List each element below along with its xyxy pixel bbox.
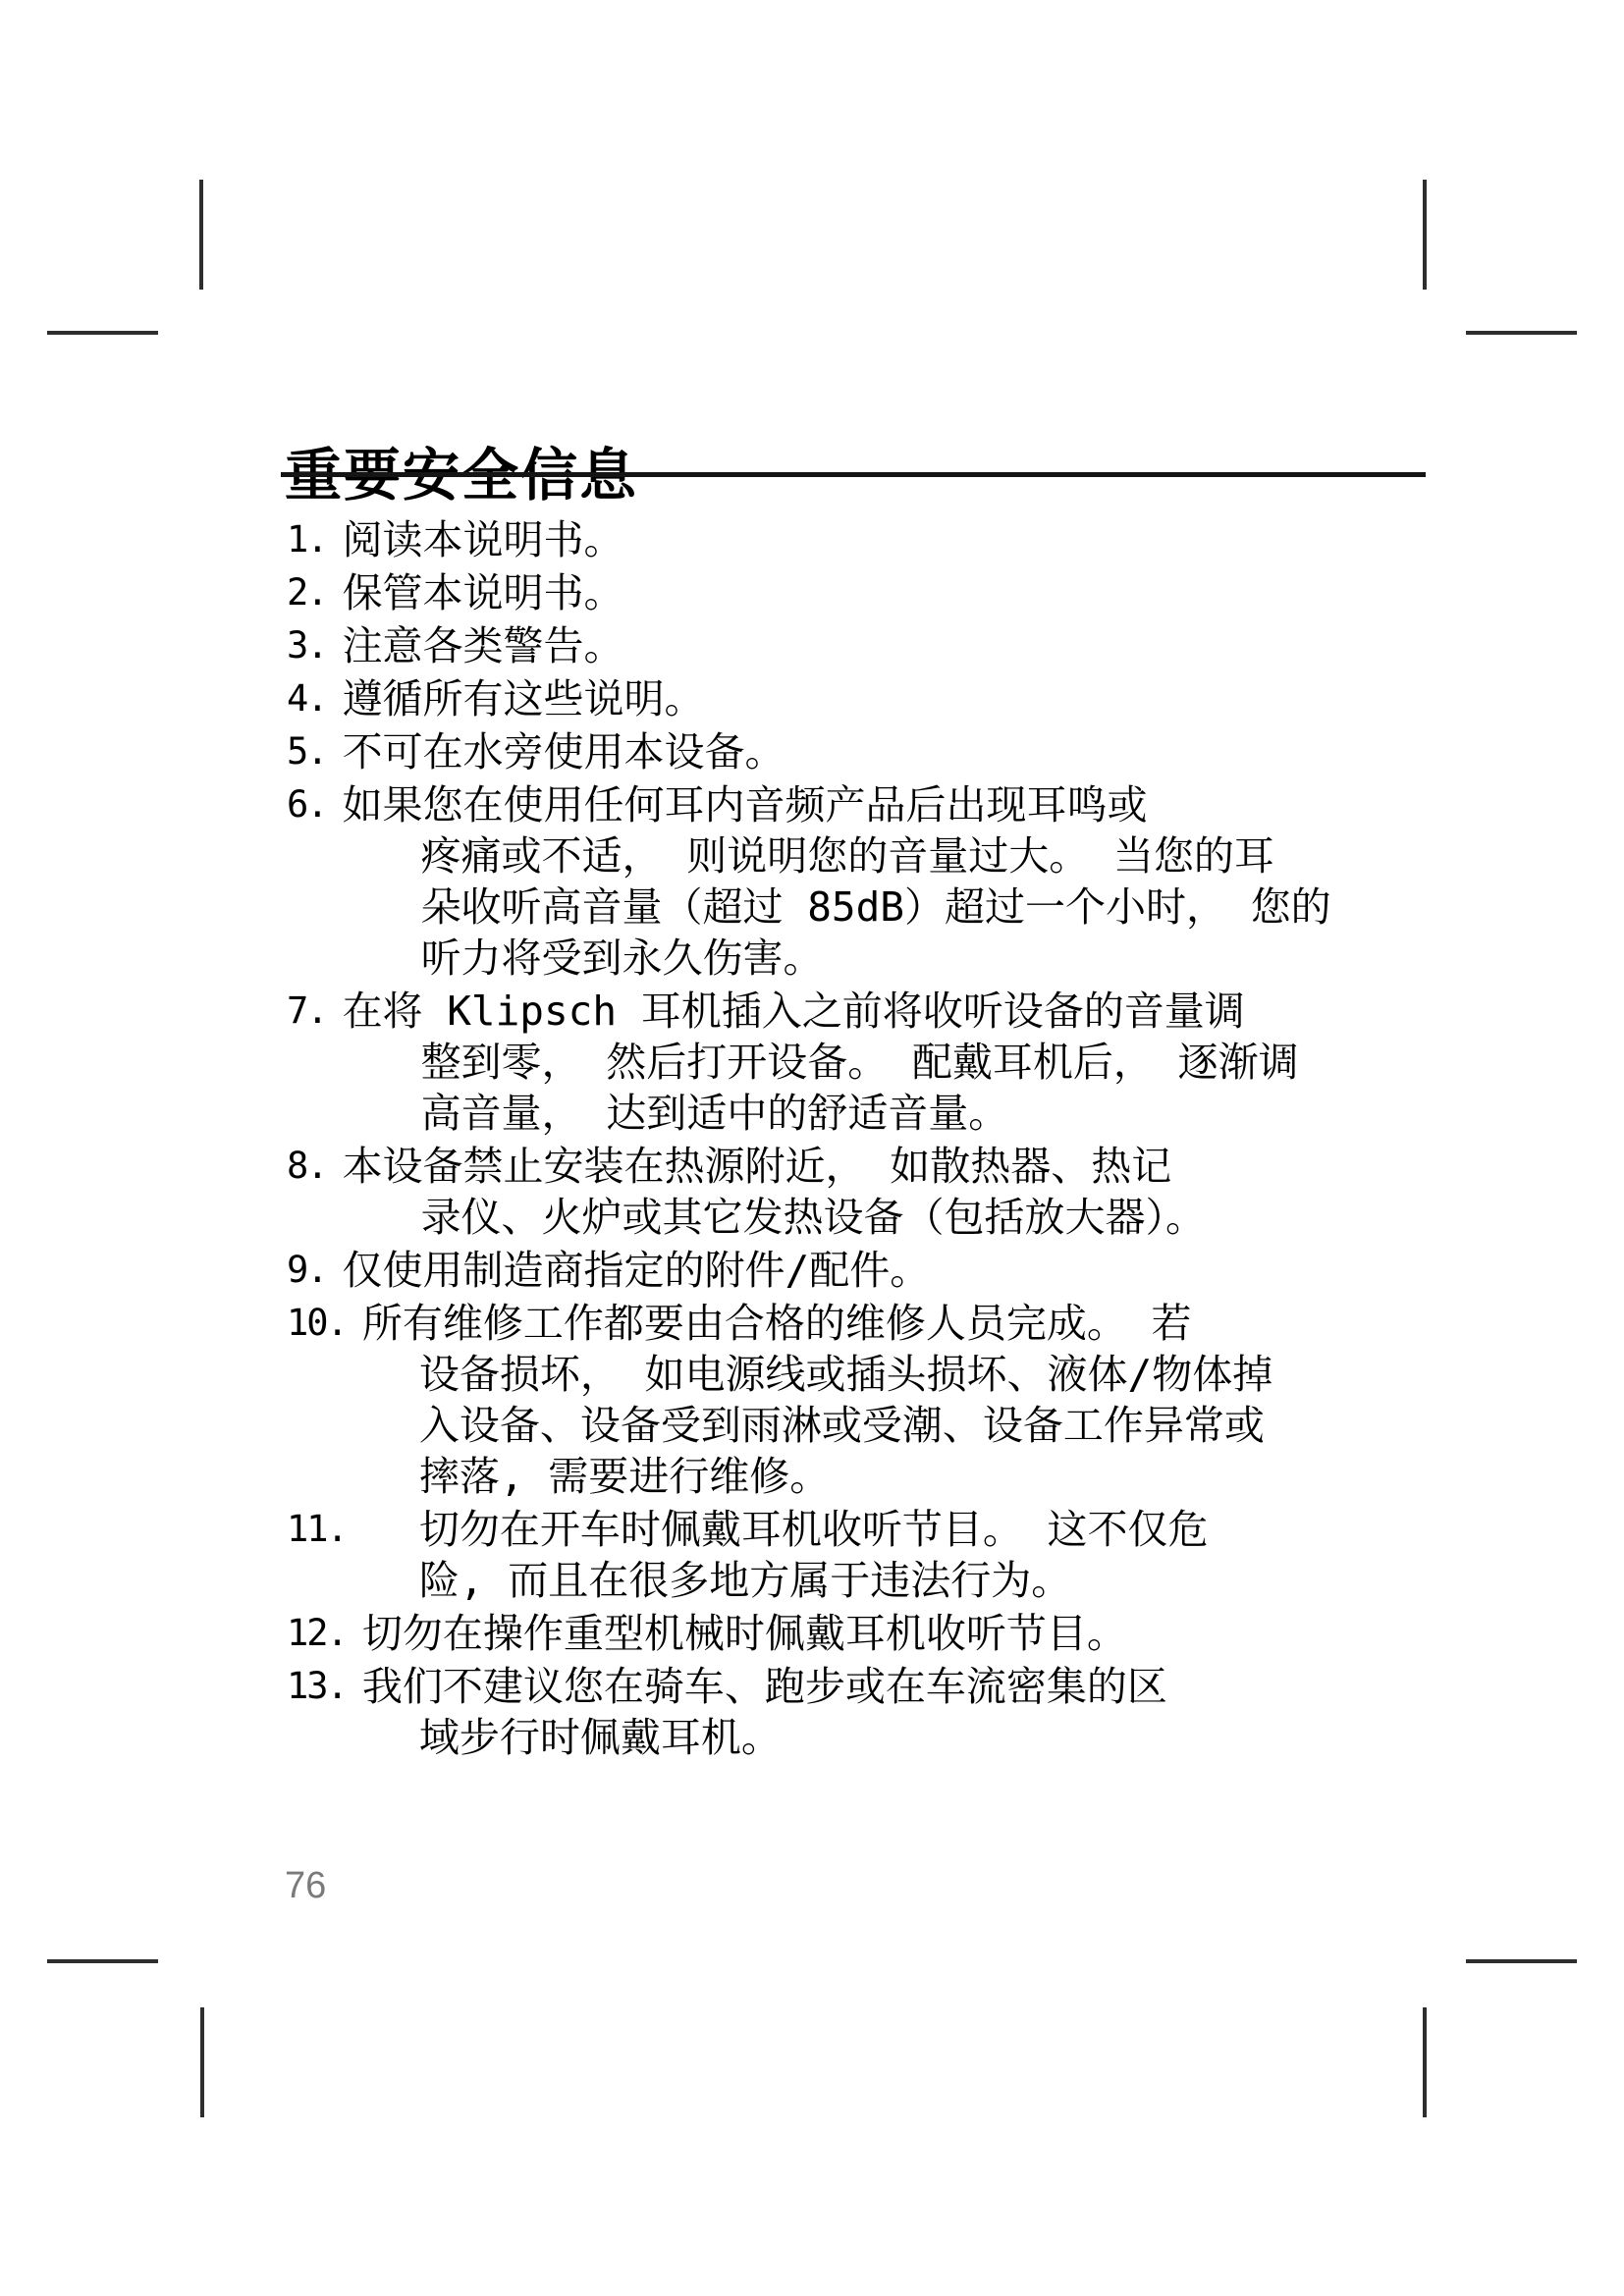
item-text: 注意各类警告。 bbox=[343, 620, 1465, 671]
item-text: 我们不建议您在骑车、跑步或在车流密集的区域步行时佩戴耳机。 bbox=[362, 1661, 1465, 1763]
item-number: 10. bbox=[287, 1298, 347, 1349]
item-number: 8. bbox=[287, 1141, 327, 1192]
title-underline bbox=[281, 472, 1426, 477]
item-line: 切勿在操作重型机械时佩戴耳机收听节目。 bbox=[362, 1608, 1465, 1659]
item-line: 入设备、设备受到雨淋或受潮、设备工作异常或 bbox=[419, 1400, 1465, 1451]
item-text: 切勿在开车时佩戴耳机收听节目。 这不仅危险, 而且在很多地方属于违法行为。 bbox=[362, 1504, 1465, 1606]
item-line: 仅使用制造商指定的附件/配件。 bbox=[343, 1245, 1465, 1296]
item-line: 切勿在开车时佩戴耳机收听节目。 这不仅危 bbox=[419, 1504, 1465, 1555]
item-line: 险, 而且在很多地方属于违法行为。 bbox=[419, 1555, 1465, 1606]
item-line: 保管本说明书。 bbox=[343, 567, 1465, 618]
item-number: 1. bbox=[287, 514, 327, 565]
item-text: 不可在水旁使用本设备。 bbox=[343, 726, 1465, 777]
item-line: 摔落, 需要进行维修。 bbox=[419, 1451, 1465, 1502]
list-item: 10.所有维修工作都要由合格的维修人员完成。 若设备损坏， 如电源线或插头损坏、… bbox=[287, 1298, 1465, 1502]
item-line: 朵收听高音量（超过 85dB）超过一个小时， 您的 bbox=[421, 881, 1465, 933]
item-text: 本设备禁止安装在热源附近， 如散热器、热记录仪、火炉或其它发热设备（包括放大器）… bbox=[343, 1141, 1465, 1243]
crop-mark-top-left-vertical bbox=[199, 180, 203, 290]
crop-mark-bottom-right-vertical bbox=[1423, 2007, 1427, 2117]
crop-mark-bottom-left-vertical bbox=[200, 2007, 204, 2117]
item-line: 不可在水旁使用本设备。 bbox=[343, 726, 1465, 777]
crop-mark-top-left-horizontal bbox=[47, 331, 158, 335]
list-item: 3.注意各类警告。 bbox=[287, 620, 1465, 671]
item-line: 疼痛或不适， 则说明您的音量过大。 当您的耳 bbox=[421, 830, 1465, 881]
item-number: 11. bbox=[287, 1504, 347, 1555]
item-line: 录仪、火炉或其它发热设备（包括放大器）。 bbox=[421, 1192, 1465, 1243]
item-number: 4. bbox=[287, 673, 327, 724]
item-line: 域步行时佩戴耳机。 bbox=[419, 1712, 1465, 1763]
item-line: 所有维修工作都要由合格的维修人员完成。 若 bbox=[362, 1298, 1465, 1349]
crop-mark-bottom-right-horizontal bbox=[1466, 1959, 1577, 1963]
item-number: 13. bbox=[287, 1661, 347, 1712]
item-text: 切勿在操作重型机械时佩戴耳机收听节目。 bbox=[362, 1608, 1465, 1659]
manual-page: 重要安全信息 1.阅读本说明书。2.保管本说明书。3.注意各类警告。4.遵循所有… bbox=[0, 0, 1624, 2296]
safety-instructions-list: 1.阅读本说明书。2.保管本说明书。3.注意各类警告。4.遵循所有这些说明。5.… bbox=[287, 514, 1465, 1765]
list-item: 4.遵循所有这些说明。 bbox=[287, 673, 1465, 724]
list-item: 9.仅使用制造商指定的附件/配件。 bbox=[287, 1245, 1465, 1296]
item-number: 3. bbox=[287, 620, 327, 671]
item-text: 保管本说明书。 bbox=[343, 567, 1465, 618]
crop-mark-bottom-left-horizontal bbox=[47, 1959, 158, 1963]
list-item: 2.保管本说明书。 bbox=[287, 567, 1465, 618]
list-item: 6.如果您在使用任何耳内音频产品后出现耳鸣或疼痛或不适， 则说明您的音量过大。 … bbox=[287, 779, 1465, 984]
item-line: 在将 Klipsch 耳机插入之前将收听设备的音量调 bbox=[343, 986, 1465, 1037]
item-line: 我们不建议您在骑车、跑步或在车流密集的区 bbox=[362, 1661, 1465, 1712]
item-line: 设备损坏， 如电源线或插头损坏、液体/物体掉 bbox=[419, 1349, 1465, 1400]
item-text: 阅读本说明书。 bbox=[343, 514, 1465, 565]
list-item: 13.我们不建议您在骑车、跑步或在车流密集的区域步行时佩戴耳机。 bbox=[287, 1661, 1465, 1763]
item-text: 如果您在使用任何耳内音频产品后出现耳鸣或疼痛或不适， 则说明您的音量过大。 当您… bbox=[343, 779, 1465, 984]
crop-mark-top-right-vertical bbox=[1423, 180, 1427, 290]
item-line: 遵循所有这些说明。 bbox=[343, 673, 1465, 724]
item-number: 5. bbox=[287, 726, 327, 777]
item-line: 整到零， 然后打开设备。 配戴耳机后， 逐渐调 bbox=[421, 1037, 1465, 1088]
list-item: 7.在将 Klipsch 耳机插入之前将收听设备的音量调整到零， 然后打开设备。… bbox=[287, 986, 1465, 1139]
list-item: 11.切勿在开车时佩戴耳机收听节目。 这不仅危险, 而且在很多地方属于违法行为。 bbox=[287, 1504, 1465, 1606]
item-number: 7. bbox=[287, 986, 327, 1037]
item-text: 所有维修工作都要由合格的维修人员完成。 若设备损坏， 如电源线或插头损坏、液体/… bbox=[362, 1298, 1465, 1502]
item-line: 高音量， 达到适中的舒适音量。 bbox=[421, 1088, 1465, 1139]
item-line: 注意各类警告。 bbox=[343, 620, 1465, 671]
item-number: 12. bbox=[287, 1608, 347, 1659]
list-item: 12.切勿在操作重型机械时佩戴耳机收听节目。 bbox=[287, 1608, 1465, 1659]
item-number: 6. bbox=[287, 779, 327, 830]
list-item: 1.阅读本说明书。 bbox=[287, 514, 1465, 565]
item-line: 听力将受到永久伤害。 bbox=[421, 933, 1465, 984]
list-item: 5.不可在水旁使用本设备。 bbox=[287, 726, 1465, 777]
item-text: 在将 Klipsch 耳机插入之前将收听设备的音量调整到零， 然后打开设备。 配… bbox=[343, 986, 1465, 1139]
item-text: 遵循所有这些说明。 bbox=[343, 673, 1465, 724]
item-line: 本设备禁止安装在热源附近， 如散热器、热记 bbox=[343, 1141, 1465, 1192]
item-number: 2. bbox=[287, 567, 327, 618]
page-number: 76 bbox=[285, 1867, 326, 1904]
item-line: 阅读本说明书。 bbox=[343, 514, 1465, 565]
crop-mark-top-right-horizontal bbox=[1466, 331, 1577, 335]
item-number: 9. bbox=[287, 1245, 327, 1296]
list-item: 8.本设备禁止安装在热源附近， 如散热器、热记录仪、火炉或其它发热设备（包括放大… bbox=[287, 1141, 1465, 1243]
item-text: 仅使用制造商指定的附件/配件。 bbox=[343, 1245, 1465, 1296]
item-line: 如果您在使用任何耳内音频产品后出现耳鸣或 bbox=[343, 779, 1465, 830]
